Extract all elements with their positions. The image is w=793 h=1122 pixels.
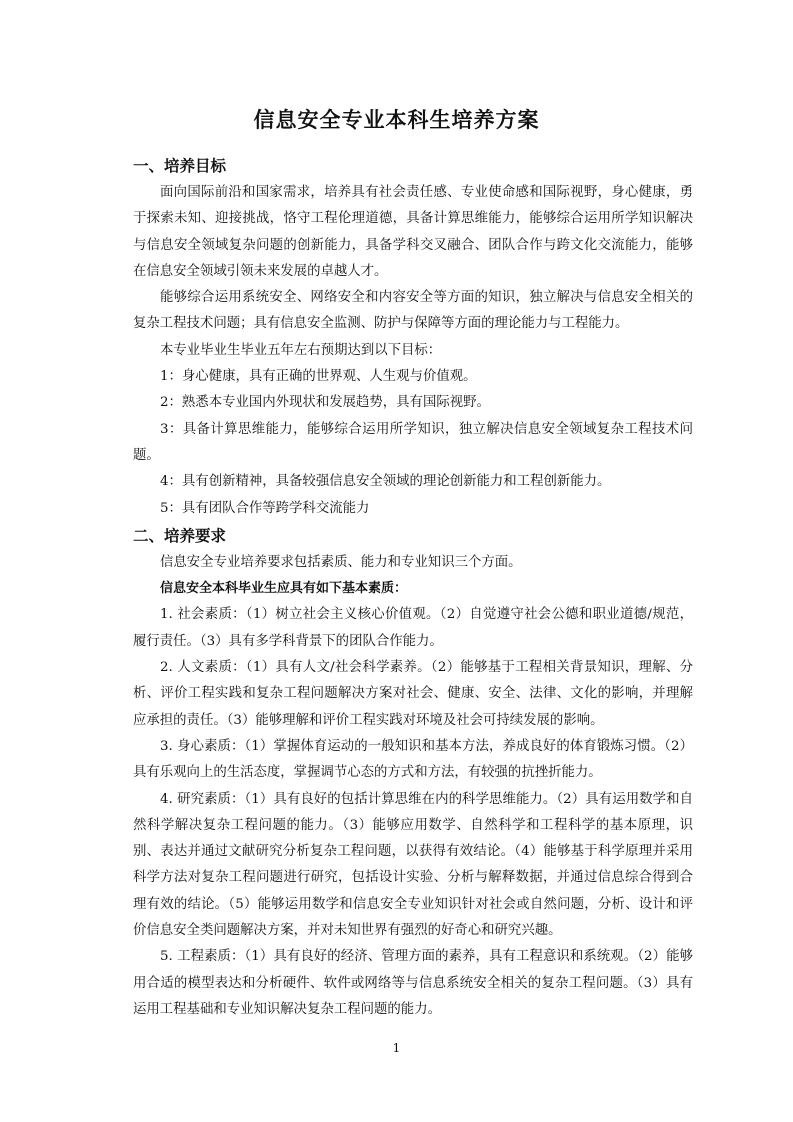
paragraph: 信息安全专业培养要求包括素质、能力和专业知识三个方面。 (133, 550, 693, 576)
goal-item: 4：具有创新精神，具备较强信息安全领域的理论创新能力和工程创新能力。 (133, 469, 693, 495)
document-title: 信息安全专业本科生培养方案 (0, 104, 793, 134)
subheading: 信息安全本科毕业生应具有如下基本素质： (133, 576, 693, 602)
page-number: 1 (0, 1041, 793, 1055)
document-page: 信息安全专业本科生培养方案 一、培养目标 面向国际前沿和国家需求，培养具有社会责… (0, 0, 793, 1122)
paragraph: 本专业毕业生毕业五年左右预期达到以下目标： (133, 338, 693, 364)
section-heading-training-requirements: 二、培养要求 (133, 522, 693, 550)
paragraph: 面向国际前沿和国家需求，培养具有社会责任感、专业使命感和国际视野，身心健康，勇于… (133, 180, 693, 285)
quality-item: 4. 研究素质：（1）具有良好的包括计算思维在内的科学思维能力。（2）具有运用数… (133, 787, 693, 945)
quality-item: 3. 身心素质：（1）掌握体育运动的一般知识和基本方法，养成良好的体育锻炼习惯。… (133, 734, 693, 787)
goal-item: 1：身心健康，具有正确的世界观、人生观与价值观。 (133, 364, 693, 390)
goal-item: 5：具有团队合作等跨学科交流能力 (133, 496, 693, 522)
quality-item: 5. 工程素质：（1）具有良好的经济、管理方面的素养，具有工程意识和系统观。（2… (133, 944, 693, 1023)
goal-item: 3：具备计算思维能力，能够综合运用所学知识，独立解决信息安全领域复杂工程技术问题… (133, 417, 693, 470)
document-body: 一、培养目标 面向国际前沿和国家需求，培养具有社会责任感、专业使命感和国际视野，… (133, 152, 693, 1023)
section-heading-training-goals: 一、培养目标 (133, 152, 693, 180)
paragraph: 能够综合运用系统安全、网络安全和内容安全等方面的知识，独立解决与信息安全相关的复… (133, 285, 693, 338)
goal-item: 2：熟悉本专业国内外现状和发展趋势，具有国际视野。 (133, 390, 693, 416)
quality-item: 1. 社会素质：（1）树立社会主义核心价值观。（2）自觉遵守社会公德和职业道德/… (133, 602, 693, 655)
quality-item: 2. 人文素质：（1）具有人文/社会科学素养。（2）能够基于工程相关背景知识，理… (133, 655, 693, 734)
